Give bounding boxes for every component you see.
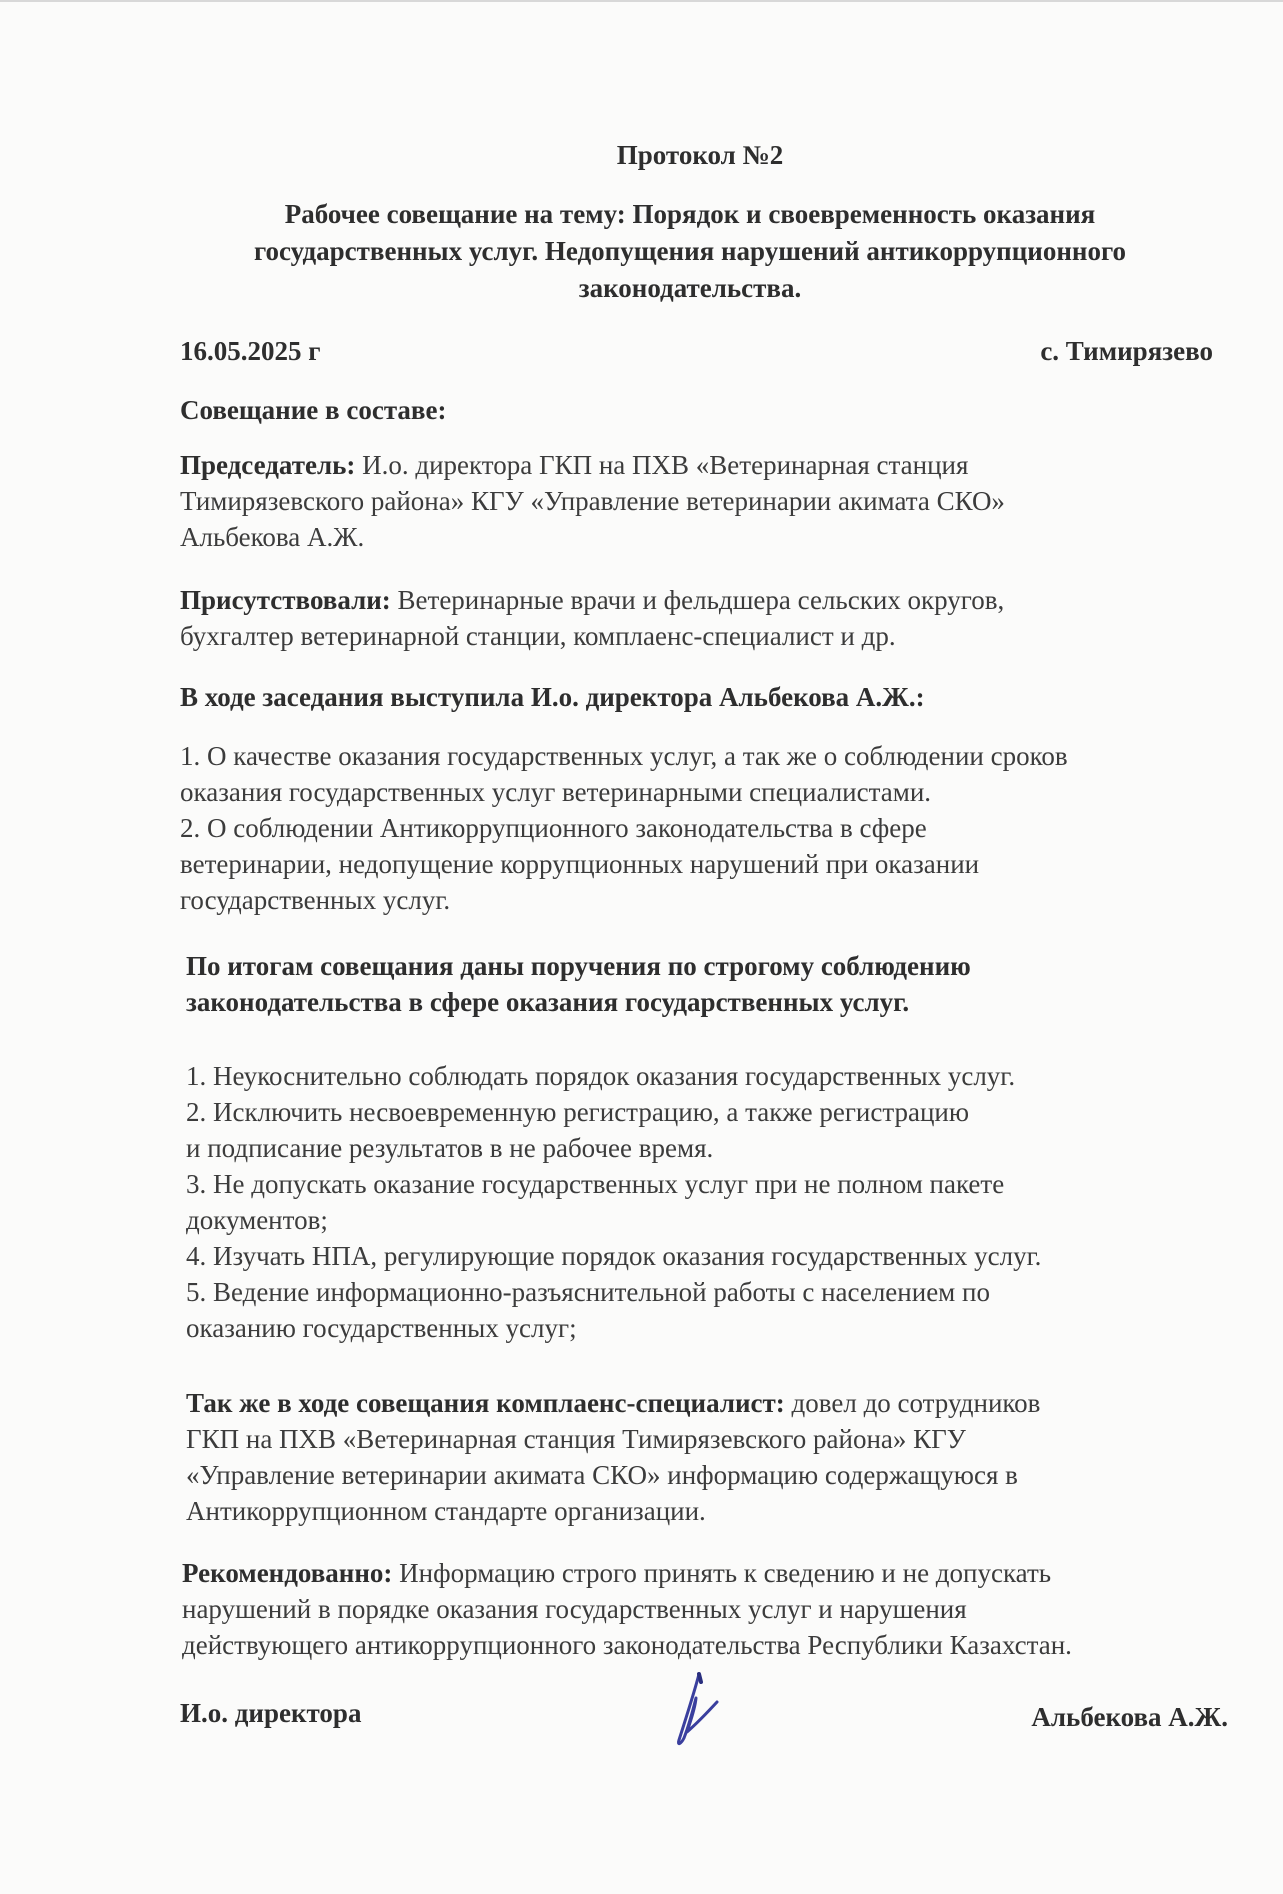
attendees-paragraph: Присутствовали: Ветеринарные врачи и фел… xyxy=(180,582,1240,654)
composition-heading: Совещание в составе: xyxy=(180,392,1240,428)
speaker-heading: В ходе заседания выступила И.о. директор… xyxy=(180,679,1240,715)
speaker-point-line: оказания государственных услуг ветеринар… xyxy=(180,774,1240,810)
chairman-paragraph: Председатель: И.о. директора ГКП на ПХВ … xyxy=(180,447,1240,555)
recommendation-text: действующего антикоррупционного законода… xyxy=(182,1627,1242,1663)
instruction-line: и подписание результатов в не рабочее вр… xyxy=(186,1130,1246,1166)
meeting-subject: Рабочее совещание на тему: Порядок и сво… xyxy=(170,196,1210,307)
speaker-heading-text: В ходе заседания выступила И.о. директор… xyxy=(180,682,925,712)
chairman-text: И.о. директора ГКП на ПХВ «Ветеринарная … xyxy=(355,450,968,480)
compliance-label: Так же в ходе совещания комплаенс-специа… xyxy=(186,1388,785,1418)
attendees-text: Ветеринарные врачи и фельдшера сельских … xyxy=(391,585,1004,615)
compliance-paragraph: Так же в ходе совещания комплаенс-специа… xyxy=(186,1385,1246,1529)
signatory-position: И.о. директора xyxy=(180,1698,361,1729)
speaker-point-line: 2. О соблюдении Антикоррупционного закон… xyxy=(180,810,1240,846)
recommendation-label: Рекомендованно: xyxy=(182,1558,392,1588)
instructions-heading: По итогам совещания даны поручения по ст… xyxy=(186,948,1246,1020)
instruction-line: 3. Не допускать оказание государственных… xyxy=(186,1166,1246,1202)
compliance-text: ГКП на ПХВ «Ветеринарная станция Тимиряз… xyxy=(186,1421,1246,1457)
recommendation-text: Информацию строго принять к сведению и н… xyxy=(392,1558,1051,1588)
speaker-point-line: 1. О качестве оказания государственных у… xyxy=(180,738,1240,774)
page-top-edge xyxy=(0,0,1283,2)
chairman-text: Альбекова А.Ж. xyxy=(180,519,1240,555)
instruction-line: 5. Ведение информационно-разъяснительной… xyxy=(186,1274,1246,1310)
meeting-date: 16.05.2025 г xyxy=(180,336,321,367)
compliance-text: «Управление ветеринарии акимата СКО» инф… xyxy=(186,1457,1246,1493)
subject-line: государственных услуг. Недопущения наруш… xyxy=(170,233,1210,270)
instructions-list: 1. Неукоснительно соблюдать порядок оказ… xyxy=(186,1058,1246,1346)
instruction-line: 2. Исключить несвоевременную регистрацию… xyxy=(186,1094,1246,1130)
instructions-heading-line: законодательства в сфере оказания госуда… xyxy=(186,984,1246,1020)
speaker-point-line: государственных услуг. xyxy=(180,882,1240,918)
signatory-name: Альбекова А.Ж. xyxy=(1031,1702,1228,1733)
speaker-point-line: ветеринарии, недопущение коррупционных н… xyxy=(180,846,1240,882)
chairman-label: Председатель: xyxy=(180,450,355,480)
subject-line: Рабочее совещание на тему: Порядок и сво… xyxy=(170,196,1210,233)
instructions-heading-line: По итогам совещания даны поручения по ст… xyxy=(186,948,1246,984)
attendees-label: Присутствовали: xyxy=(180,585,391,615)
date-location-row: 16.05.2025 г с. Тимирязево xyxy=(180,336,1213,367)
instruction-line: 1. Неукоснительно соблюдать порядок оказ… xyxy=(186,1058,1246,1094)
compliance-text: Антикоррупционном стандарте организации. xyxy=(186,1493,1246,1529)
recommendation-text: нарушений в порядке оказания государстве… xyxy=(182,1591,1242,1627)
instruction-line: оказанию государственных услуг; xyxy=(186,1310,1246,1346)
instruction-line: документов; xyxy=(186,1202,1246,1238)
attendees-text: бухгалтер ветеринарной станции, комплаен… xyxy=(180,618,1240,654)
compliance-text: довел до сотрудников xyxy=(785,1388,1041,1418)
composition-heading-text: Совещание в составе: xyxy=(180,395,446,425)
subject-line: законодательства. xyxy=(170,270,1210,307)
chairman-text: Тимирязевского района» КГУ «Управление в… xyxy=(180,483,1240,519)
speaker-points: 1. О качестве оказания государственных у… xyxy=(180,738,1240,918)
document-title: Протокол №2 xyxy=(180,140,1220,171)
recommendation-paragraph: Рекомендованно: Информацию строго принят… xyxy=(182,1555,1242,1663)
handwritten-signature-icon xyxy=(665,1670,725,1760)
instruction-line: 4. Изучать НПА, регулирующие порядок ока… xyxy=(186,1238,1246,1274)
meeting-location: с. Тимирязево xyxy=(1040,336,1213,367)
